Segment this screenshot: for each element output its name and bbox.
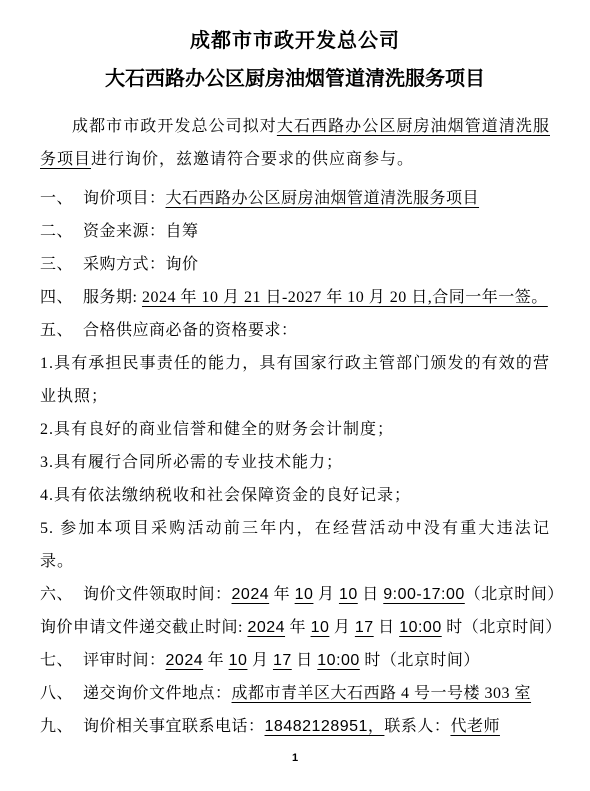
item-number: 三、 [40, 256, 73, 273]
submission-deadline-line: 询价申请文件递交截止时间: 2024 年 10 月 17 日 10:00 时（北… [40, 611, 550, 644]
pickup-time-range: 9:00-17:00 [383, 586, 465, 603]
qualification-4: 4.具有依法缴纳税收和社会保障资金的良好记录； [40, 479, 550, 512]
qualification-2: 2.具有良好的商业信誉和健全的财务会计制度； [40, 413, 550, 446]
item-label: 合格供应商必备的资格要求： [83, 322, 298, 339]
item-funding-source: 二、资金来源：自筹 [40, 215, 550, 248]
item-review-time: 七、评审时间：2024 年 10 月 17 日 10:00 时（北京时间） [40, 644, 550, 677]
page-number: 1 [0, 752, 590, 764]
timezone-note: （北京时间） [465, 586, 564, 603]
item-number: 七、 [40, 652, 73, 669]
item-qualification-heading: 五、合格供应商必备的资格要求： [40, 314, 550, 347]
item-label: 评审时间： [83, 652, 166, 669]
contact-person-name: 代老师 [450, 718, 500, 735]
item-label: 询价相关事宜联系电话： [83, 718, 265, 735]
review-day: 17 [273, 652, 292, 669]
deadline-year: 2024 [247, 619, 285, 636]
funding-source-value: 自筹 [166, 223, 199, 240]
month-unit: 月 [329, 619, 355, 636]
service-period-value: 2024 年 10 月 21 日-2027 年 10 月 20 日,合同一年一签… [142, 289, 548, 306]
item-label: 询价项目： [83, 190, 166, 207]
submission-address-value: 成都市青羊区大石西路 4 号一号楼 303 室 [232, 685, 532, 702]
review-year: 2024 [166, 652, 204, 669]
year-unit: 年 [269, 586, 295, 603]
deadline-month: 10 [311, 619, 330, 636]
qualification-5: 5. 参加本项目采购活动前三年内，在经营活动中没有重大违法记录。 [40, 512, 550, 578]
contact-phone: 18482128951， [265, 718, 385, 735]
deadline-label: 询价申请文件递交截止时间: [40, 619, 247, 636]
pickup-day: 10 [339, 586, 358, 603]
document-page: 成都市市政开发总公司 大石西路办公区厨房油烟管道清洗服务项目 成都市市政开发总公… [0, 0, 590, 791]
year-unit: 年 [203, 652, 229, 669]
document-title-line1: 成都市市政开发总公司 [40, 26, 550, 56]
contact-person-label: 联系人： [384, 718, 450, 735]
item-inquiry-project: 一、询价项目：大石西路办公区厨房油烟管道清洗服务项目 [40, 182, 550, 215]
procurement-method-value: 询价 [166, 256, 199, 273]
item-label: 询价文件领取时间： [83, 586, 232, 603]
month-unit: 月 [247, 652, 273, 669]
item-number: 五、 [40, 322, 73, 339]
item-number: 一、 [40, 190, 73, 207]
inquiry-project-value: 大石西路办公区厨房油烟管道清洗服务项目 [166, 190, 480, 207]
item-label: 采购方式： [83, 256, 166, 273]
pickup-month: 10 [295, 586, 314, 603]
day-unit: 日 [292, 652, 318, 669]
item-procurement-method: 三、采购方式：询价 [40, 248, 550, 281]
qualification-3: 3.具有履行合同所必需的专业技术能力； [40, 446, 550, 479]
item-number: 九、 [40, 718, 73, 735]
day-unit: 日 [358, 586, 384, 603]
item-service-period: 四、服务期: 2024 年 10 月 21 日-2027 年 10 月 20 日… [40, 281, 550, 314]
item-label: 服务期: [83, 289, 142, 306]
item-submission-address: 八、递交询价文件地点：成都市青羊区大石西路 4 号一号楼 303 室 [40, 677, 550, 710]
document-title-line2: 大石西路办公区厨房油烟管道清洗服务项目 [40, 64, 550, 94]
qualification-1: 1.具有承担民事责任的能力，具有国家行政主管部门颁发的有效的营业执照； [40, 347, 550, 413]
item-number: 六、 [40, 586, 73, 603]
document-body: 成都市市政开发总公司 大石西路办公区厨房油烟管道清洗服务项目 成都市市政开发总公… [0, 0, 590, 743]
intro-paragraph: 成都市市政开发总公司拟对大石西路办公区厨房油烟管道清洗服务项目进行询价，兹邀请符… [40, 110, 550, 176]
intro-text-after: 进行询价，兹邀请符合要求的供应商参与。 [91, 151, 414, 168]
year-unit: 年 [285, 619, 311, 636]
item-number: 八、 [40, 685, 73, 702]
item-label: 资金来源： [83, 223, 166, 240]
item-number: 四、 [40, 289, 73, 306]
item-label: 递交询价文件地点： [83, 685, 232, 702]
item-contact: 九、询价相关事宜联系电话：18482128951，联系人：代老师 [40, 710, 550, 743]
day-unit: 日 [374, 619, 400, 636]
deadline-time: 10:00 [399, 619, 442, 636]
item-document-pickup-time: 六、询价文件领取时间：2024 年 10 月 10 日 9:00-17:00（北… [40, 578, 550, 611]
intro-text-before: 成都市市政开发总公司拟对 [72, 118, 277, 135]
pickup-year: 2024 [232, 586, 270, 603]
month-unit: 月 [313, 586, 339, 603]
deadline-day: 17 [355, 619, 374, 636]
timezone-note: 时（北京时间） [360, 652, 480, 669]
review-time: 10:00 [317, 652, 360, 669]
review-month: 10 [229, 652, 248, 669]
item-number: 二、 [40, 223, 73, 240]
timezone-note: 时（北京时间） [442, 619, 562, 636]
